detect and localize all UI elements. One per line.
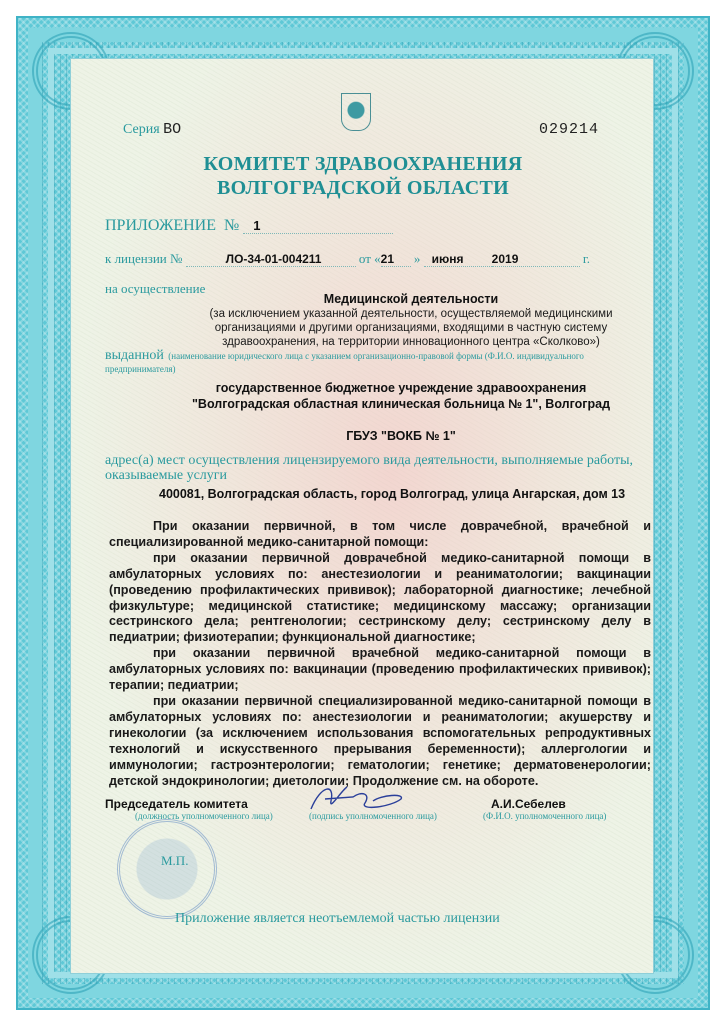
issued-hint: (наименование юридического лица с указан… bbox=[105, 351, 584, 374]
signatory-position: Председатель комитета bbox=[105, 797, 248, 811]
address-label: адрес(а) мест осуществления лицензируемо… bbox=[105, 453, 645, 483]
appendix-number: 1 bbox=[243, 218, 393, 234]
license-close-quote: » bbox=[414, 251, 421, 266]
issuer-title-line1: КОМИТЕТ ЗДРАВООХРАНЕНИЯ bbox=[71, 153, 655, 176]
org-short-name: ГБУЗ "ВОКБ № 1" bbox=[151, 429, 651, 443]
form-number: 029214 bbox=[539, 121, 599, 138]
issued-label: выданной bbox=[105, 348, 164, 363]
document-body: Серия ВО 029214 КОМИТЕТ ЗДРАВООХРАНЕНИЯ … bbox=[70, 58, 654, 974]
appendix-no-sign: № bbox=[224, 217, 239, 234]
signature-icon bbox=[301, 781, 411, 815]
license-label: к лицензии № bbox=[105, 251, 182, 266]
services-item: при оказании первичной специализированно… bbox=[109, 694, 651, 789]
services-list: При оказании первичной, в том числе довр… bbox=[109, 519, 651, 789]
license-line: к лицензии № ЛО-34-01-004211 от «21 » ию… bbox=[105, 251, 635, 267]
services-item: при оказании первичной врачебной медико-… bbox=[109, 646, 651, 694]
signatory-position-hint: (должность уполномоченного лица) bbox=[135, 811, 273, 821]
signature-hint: (подпись уполномоченного лица) bbox=[309, 811, 437, 821]
series-value: ВО bbox=[163, 121, 181, 138]
license-day: 21 bbox=[381, 252, 411, 267]
address-value: 400081, Волгоградская область, город Вол… bbox=[159, 487, 625, 501]
appendix-line: ПРИЛОЖЕНИЕ № 1 bbox=[105, 217, 393, 235]
license-year: 2019 bbox=[492, 252, 580, 267]
activity-description: (за исключением указанной деятельности, … bbox=[191, 307, 631, 349]
coat-of-arms-icon bbox=[341, 93, 371, 131]
org-name-line1: государственное бюджетное учреждение здр… bbox=[151, 381, 651, 395]
signatory-name-hint: (Ф.И.О. уполномоченного лица) bbox=[483, 811, 606, 821]
activity-title: Медицинской деятельности bbox=[191, 292, 631, 306]
signatory-name: А.И.Себелев bbox=[491, 797, 566, 811]
seal-stamp-icon bbox=[117, 819, 217, 919]
services-intro: При оказании первичной, в том числе довр… bbox=[109, 519, 651, 551]
appendix-label: ПРИЛОЖЕНИЕ bbox=[105, 217, 216, 234]
license-year-suffix: г. bbox=[583, 251, 590, 266]
stamp-place-label: М.П. bbox=[161, 853, 188, 869]
footer-note: Приложение является неотъемлемой частью … bbox=[175, 911, 500, 927]
services-item: при оказании первичной доврачебной медик… bbox=[109, 551, 651, 646]
license-from-label: от « bbox=[359, 251, 381, 266]
org-name-line2: "Волгоградская областная клиническая бол… bbox=[151, 397, 651, 411]
license-month: июня bbox=[424, 252, 492, 267]
issuer-title-line2: ВОЛГОГРАДСКОЙ ОБЛАСТИ bbox=[71, 177, 655, 200]
issued-line: выданной (наименование юридического лица… bbox=[105, 349, 650, 375]
series-label: Серия bbox=[123, 122, 160, 137]
series: Серия ВО bbox=[123, 121, 181, 138]
license-number: ЛО-34-01-004211 bbox=[186, 252, 356, 267]
